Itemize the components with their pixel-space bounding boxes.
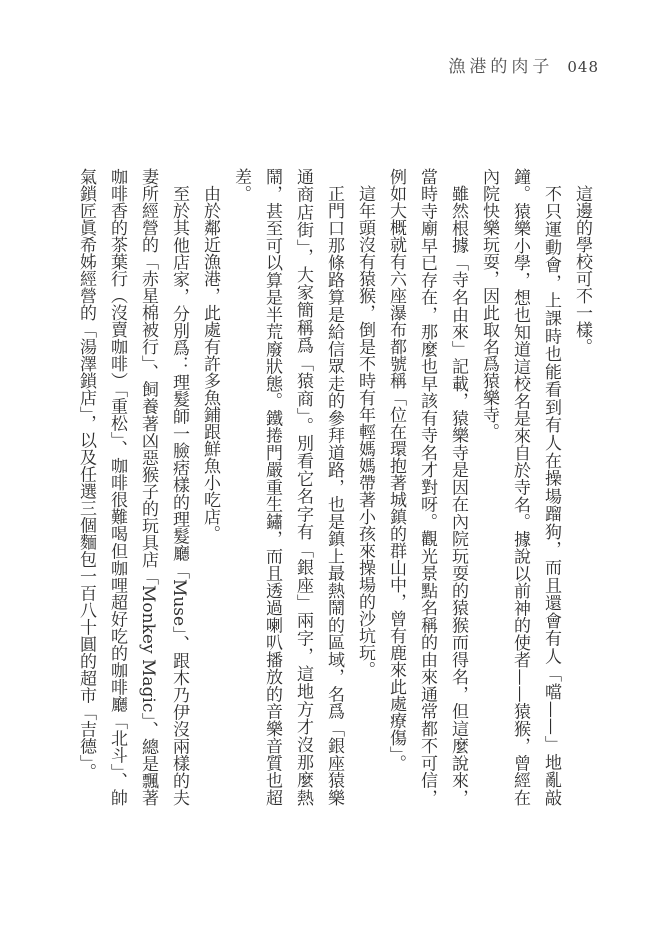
page-number: 048 — [567, 58, 599, 76]
body-text: 這邊的學校可不一樣。 不只運動會，上課時也能看到有人在操場蹓狗，而且還會有人「噹… — [63, 168, 597, 806]
paragraph-7: 至於其他店家，分別爲：理髮師一臉痞樣的理髮廳「Muse」、跟木乃伊沒兩樣的夫妻所… — [70, 168, 194, 806]
paragraph-2: 不只運動會，上課時也能看到有人在操場蹓狗，而且還會有人「噹——」地亂敲鐘。猿樂小… — [473, 168, 566, 806]
book-title: 漁港的肉子 — [448, 52, 553, 77]
book-page: 漁港的肉子 048 這邊的學校可不一樣。 不只運動會，上課時也能看到有人在操場蹓… — [0, 0, 663, 932]
paragraph-4: 這年頭沒有猿猴，倒是不時有年輕媽媽帶著小孩來操場的沙坑玩。 — [349, 168, 380, 806]
paragraph-6: 由於鄰近漁港，此處有許多魚鋪跟鮮魚小吃店。 — [194, 168, 225, 806]
running-header: 漁港的肉子 048 — [448, 52, 599, 77]
paragraph-5: 正門口那條路算是給信眾走的參拜道路，也是鎮上最熱鬧的區域，名爲「銀座猿樂通商店街… — [225, 168, 349, 806]
paragraph-3: 雖然根據「寺名由來」記載，猿樂寺是因在內院玩耍的猿猴而得名，但這麼說來，當時寺廟… — [380, 168, 473, 806]
paragraph-1: 這邊的學校可不一樣。 — [566, 168, 597, 806]
